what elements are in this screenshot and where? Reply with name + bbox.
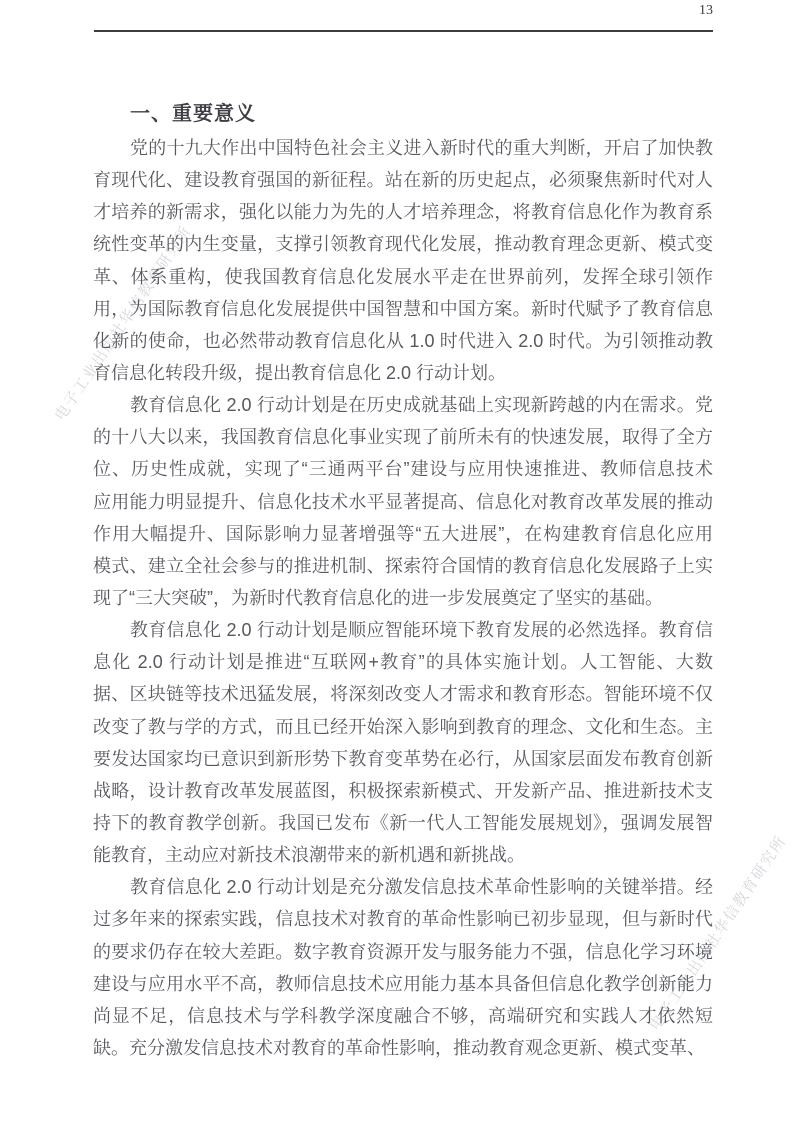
text-line: 应用能力明显提升、信息化技术水平显著提高、信息化对教育改革发展的推动 [93, 486, 713, 518]
text-line: 的十八大以来，我国教育信息化事业实现了前所未有的快速发展，取得了全方 [93, 421, 713, 453]
text-line: 改变了教与学的方式，而且已经开始深入影响到教育的理念、文化和生态。主 [93, 711, 713, 743]
text-line: 教育信息化 2.0 行动计划是在历史成就基础上实现新跨越的内在需求。党 [93, 389, 713, 421]
text-line: 用，为国际教育信息化发展提供中国智慧和中国方案。新时代赋予了教育信息 [93, 293, 713, 325]
text-line: 模式、建立全社会参与的推进机制、探索符合国情的教育信息化发展路子上实 [93, 550, 713, 582]
text-line: 战略，设计教育改革发展蓝图，积极探索新模式、开发新产品、推进新技术支 [93, 775, 713, 807]
text-line: 要发达国家均已意识到新形势下教育变革势在必行，从国家层面发布教育创新 [93, 743, 713, 775]
text-line: 革、体系重构，使我国教育信息化发展水平走在世界前列，发挥全球引领作 [93, 261, 713, 293]
text-line: 能教育，主动应对新技术浪潮带来的新机遇和新挑战。 [93, 839, 713, 871]
text-line: 作用大幅提升、国际影响力显著增强等“五大进展”，在构建教育信息化应用 [93, 518, 713, 550]
text-line: 现了“三大突破”，为新时代教育信息化的进一步发展奠定了坚实的基础。 [93, 582, 713, 614]
text-line: 据、区块链等技术迅猛发展，将深刻改变人才需求和教育形态。智能环境不仅 [93, 678, 713, 710]
text-line: 的要求仍存在较大差距。数字教育资源开发与服务能力不强，信息化学习环境 [93, 936, 713, 968]
text-line: 育信息化转段升级，提出教育信息化 2.0 行动计划。 [93, 357, 713, 389]
text-line: 缺。充分激发信息技术对教育的革命性影响，推动教育观念更新、模式变革、 [93, 1032, 713, 1064]
text-line: 化新的使命，也必然带动教育信息化从 1.0 时代进入 2.0 时代。为引领推动教 [93, 325, 713, 357]
text-line: 过多年来的探索实践，信息技术对教育的革命性影响已初步显现，但与新时代 [93, 903, 713, 935]
text-line: 统性变革的内生变量，支撑引领教育现代化发展，推动教育理念更新、模式变 [93, 228, 713, 260]
document-body: 一、重要意义 党的十九大作出中国特色社会主义进入新时代的重大判断，开启了加快教育… [93, 96, 713, 1064]
text-line: 党的十九大作出中国特色社会主义进入新时代的重大判断，开启了加快教 [93, 132, 713, 164]
page-number: 13 [93, 3, 713, 19]
section-heading: 一、重要意义 [93, 96, 713, 132]
paragraphs-container: 党的十九大作出中国特色社会主义进入新时代的重大判断，开启了加快教育现代化、建设教… [93, 132, 713, 1064]
text-line: 才培养的新需求，强化以能力为先的人才培养理念，将教育信息化作为教育系 [93, 196, 713, 228]
text-line: 持下的教育教学创新。我国已发布《新一代人工智能发展规划》，强调发展智 [93, 807, 713, 839]
text-line: 教育信息化 2.0 行动计划是顺应智能环境下教育发展的必然选择。教育信 [93, 614, 713, 646]
text-line: 尚显不足，信息技术与学科教学深度融合不够，高端研究和实践人才依然短 [93, 1000, 713, 1032]
header-rule [94, 30, 713, 32]
text-line: 息化 2.0 行动计划是推进“互联网+教育”的具体实施计划。人工智能、大数 [93, 646, 713, 678]
text-line: 位、历史性成就，实现了“三通两平台”建设与应用快速推进、教师信息技术 [93, 453, 713, 485]
text-line: 育现代化、建设教育强国的新征程。站在新的历史起点，必须聚焦新时代对人 [93, 164, 713, 196]
text-line: 教育信息化 2.0 行动计划是充分激发信息技术革命性影响的关键举措。经 [93, 871, 713, 903]
text-line: 建设与应用水平不高，教师信息技术应用能力基本具备但信息化教学创新能力 [93, 968, 713, 1000]
